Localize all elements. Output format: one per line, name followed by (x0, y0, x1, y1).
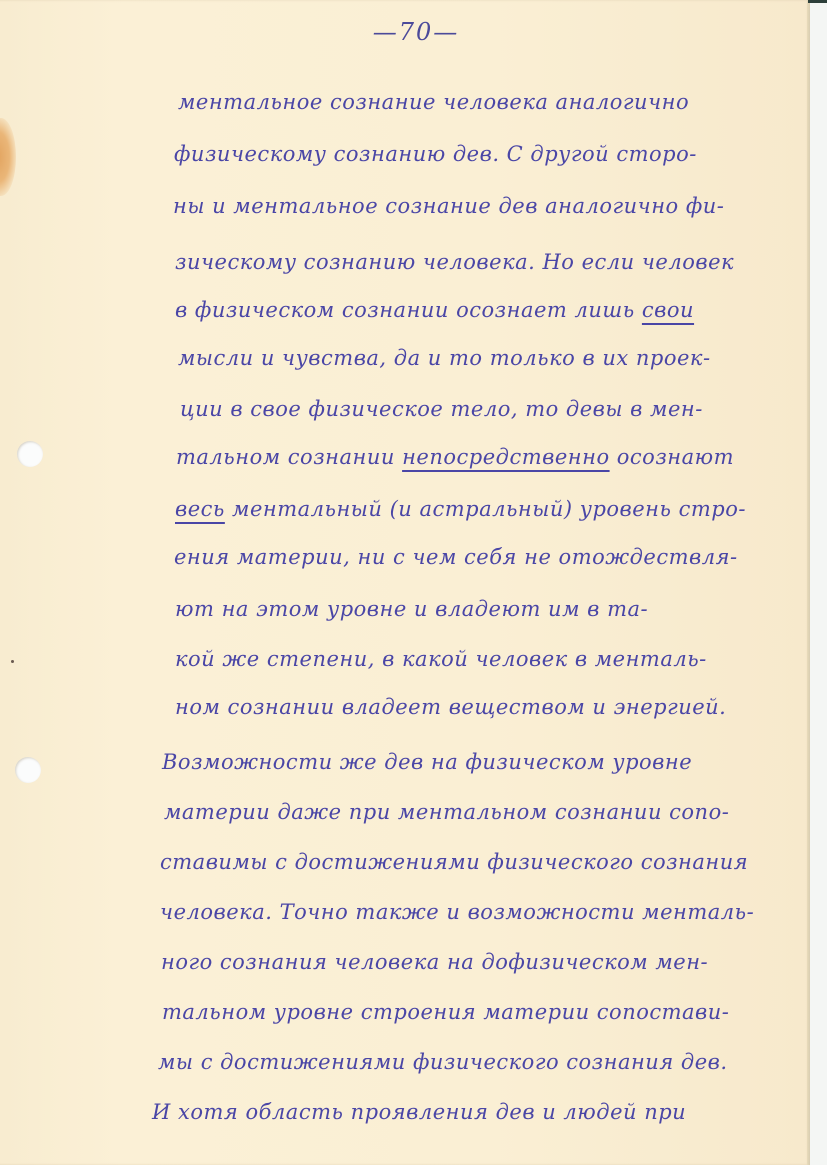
text-line-3: ны и ментальное сознание дев аналогично … (173, 194, 773, 218)
text-line-16: ставимы с достижениями физического созна… (160, 850, 748, 874)
text-line-15: материи даже при ментальном сознании соп… (164, 800, 729, 824)
stain-mark (0, 118, 16, 196)
text-line-13: ном сознании владеет веществом и энергие… (175, 695, 726, 719)
text-line-12: кой же степени, в какой человек в ментал… (175, 647, 707, 671)
text-line-1: ментальное сознание человека аналогично (178, 90, 718, 114)
speck (11, 660, 14, 663)
text-segment: в физическом сознании осознает лишь (175, 298, 642, 322)
page-number: —70— (366, 18, 466, 46)
text-line-17: человека. Точно также и возможности мент… (160, 900, 754, 924)
text-line-6: мысли и чувства, да и то только в их про… (178, 346, 711, 370)
scanned-page: —70— ментальное сознание человека аналог… (0, 0, 827, 1165)
underlined-word: свои (642, 298, 694, 322)
text-line-5: в физическом сознании осознает лишь свои (175, 298, 694, 322)
paper-sheet: —70— ментальное сознание человека аналог… (0, 0, 810, 1165)
text-line-11: ют на этом уровне и владеют им в та- (175, 597, 648, 621)
text-line-20: мы с достижениями физического сознания д… (158, 1050, 728, 1074)
text-line-4: зическому сознанию человека. Но если чел… (175, 250, 770, 274)
underlined-word: непосредственно (402, 445, 610, 469)
underlined-word: весь (175, 497, 225, 521)
text-segment: ментальный (и астральный) уровень стро- (225, 497, 746, 521)
text-line-7: ции в свое физическое тело, то девы в ме… (180, 397, 703, 421)
text-line-19: тальном уровне строения материи сопостав… (162, 1000, 729, 1024)
text-line-18: ного сознания человека на дофизическом м… (161, 950, 708, 974)
punch-hole-bottom (15, 757, 41, 783)
punch-hole-top (17, 441, 43, 467)
text-line-14: Возможности же дев на физическом уровне (162, 750, 692, 774)
scanner-edge (808, 0, 827, 3)
text-segment: тальном сознании (176, 445, 402, 469)
text-line-9: весь ментальный (и астральный) уровень с… (175, 497, 746, 521)
text-line-21: И хотя область проявления дев и людей пр… (152, 1100, 686, 1124)
text-segment: осознают (610, 445, 734, 469)
text-line-2: физическому сознанию дев. С другой сторо… (174, 142, 764, 166)
text-line-10: ения материи, ни с чем себя не отождеств… (174, 545, 738, 569)
text-line-8: тальном сознании непосредственно осознаю… (176, 445, 734, 469)
